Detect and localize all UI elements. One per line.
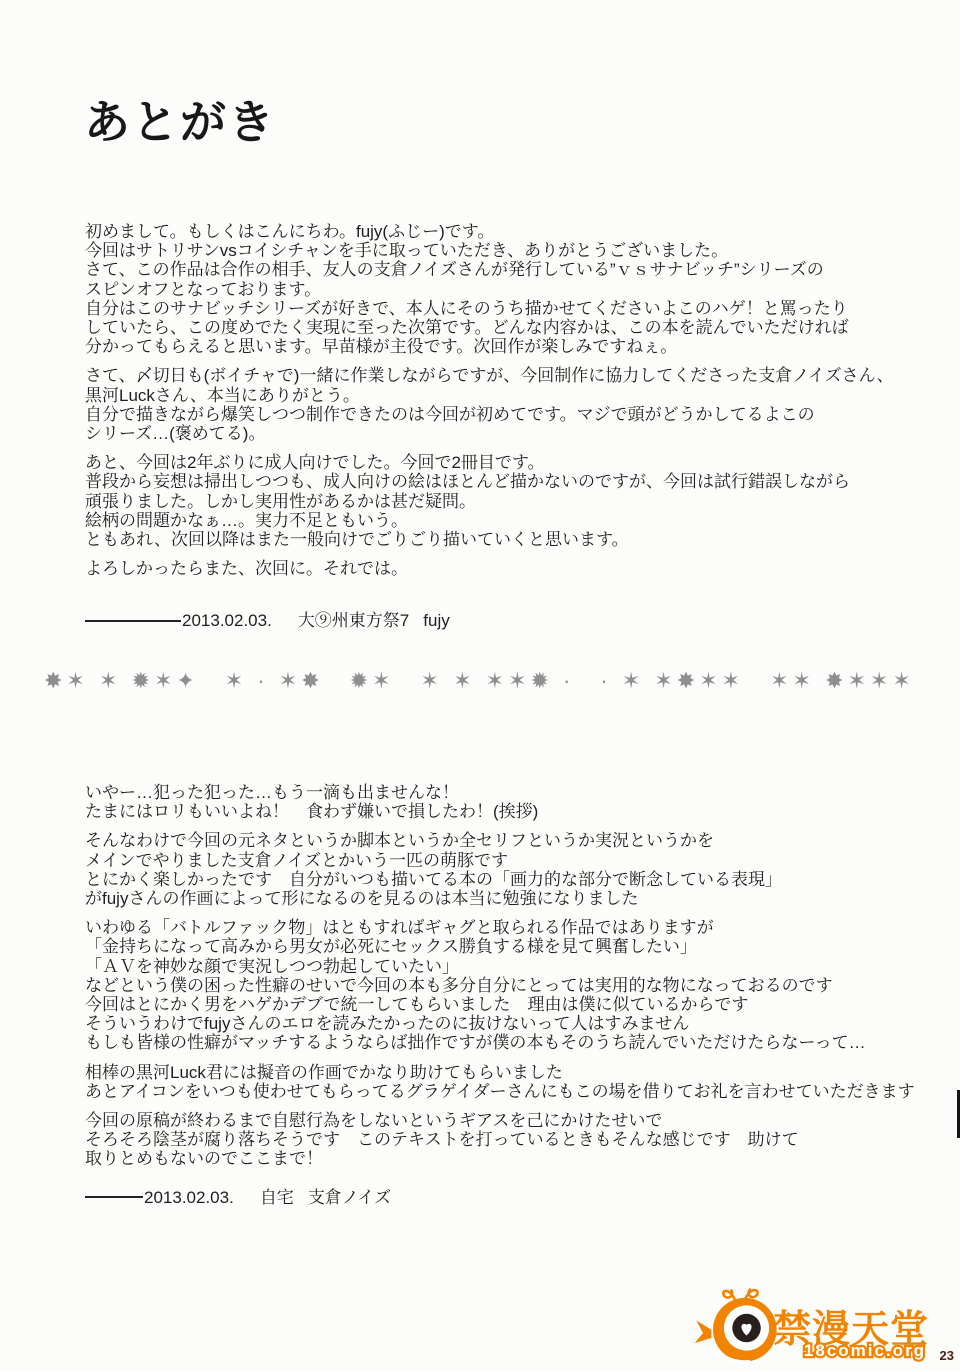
page-title: あとがき [84, 86, 276, 152]
paragraph: そんなわけで今回の元ネタというか脚本というか全セリフというか実況というかをメイン… [85, 831, 945, 908]
signoff-author: 支倉ノイズ [308, 1188, 391, 1207]
paragraph: あと、今回は2年ぶりに成人向けでした。今回で2冊目です。普段から妄想は掃出しつつ… [85, 453, 945, 549]
paragraph: 初めまして。もしくはこんにちわ。fujy(ふじー)です。今回はサトリサンvsコイ… [85, 222, 945, 356]
signoff-rule [85, 1196, 143, 1198]
fujy-signoff: 2013.02.03.大⑨州東方祭7fujy [85, 606, 945, 631]
site-watermark: 禁漫天堂 18comic.org [693, 1278, 953, 1368]
noise-afterword-section: いやー…犯った犯った…もう一滴も出ませんな！たまにはロリもいいよね！ 食わず嫌い… [85, 783, 945, 1208]
paragraph: さて、〆切日も(ボイチャで)一緒に作業しながらですが、今回制作に協力してくださっ… [85, 366, 945, 443]
paragraph: よろしかったらまた、次回に。それでは。 [85, 559, 945, 578]
page-number: 23 [940, 1348, 954, 1363]
paragraph: 今回の原稿が終わるまで自慰行為をしないというギアスを己にかけたせいでそろそろ陰茎… [85, 1111, 945, 1169]
whale-mascot-icon [693, 1278, 785, 1368]
paragraph: 相棒の黒河Luck君には擬音の作画でかなり助けてもらいましたあとアイコンをいつも… [85, 1063, 945, 1101]
star-divider: ✸✶ ✶ ✹✶✦ ✶ · ✶✸ ✹✶ ✶ ✶ ✶✶✹ · · ✶ ✶✸✶✶ ✶✶… [44, 664, 924, 695]
watermark-site-url: 18comic.org [804, 1341, 926, 1360]
fujy-afterword-section: 初めまして。もしくはこんにちわ。fujy(ふじー)です。今回はサトリサンvsコイ… [85, 222, 945, 631]
signoff-date: 2013.02.03. [144, 1188, 234, 1207]
signoff-event: 大⑨州東方祭7 [298, 611, 409, 630]
signoff-date: 2013.02.03. [182, 611, 272, 630]
signoff-place: 自宅 [260, 1188, 294, 1207]
signoff-rule [85, 620, 181, 622]
noise-signoff: 2013.02.03.自宅支倉ノイズ [85, 1183, 945, 1208]
paragraph: いわゆる「バトルファック物」はともすればギャグと取られる作品ではありますが「金持… [85, 918, 945, 1052]
signoff-author: fujy [423, 611, 449, 630]
afterword-page: あとがき 初めまして。もしくはこんにちわ。fujy(ふじー)です。今回はサトリサ… [0, 0, 960, 1371]
paragraph: いやー…犯った犯った…もう一滴も出ませんな！たまにはロリもいいよね！ 食わず嫌い… [85, 783, 945, 821]
